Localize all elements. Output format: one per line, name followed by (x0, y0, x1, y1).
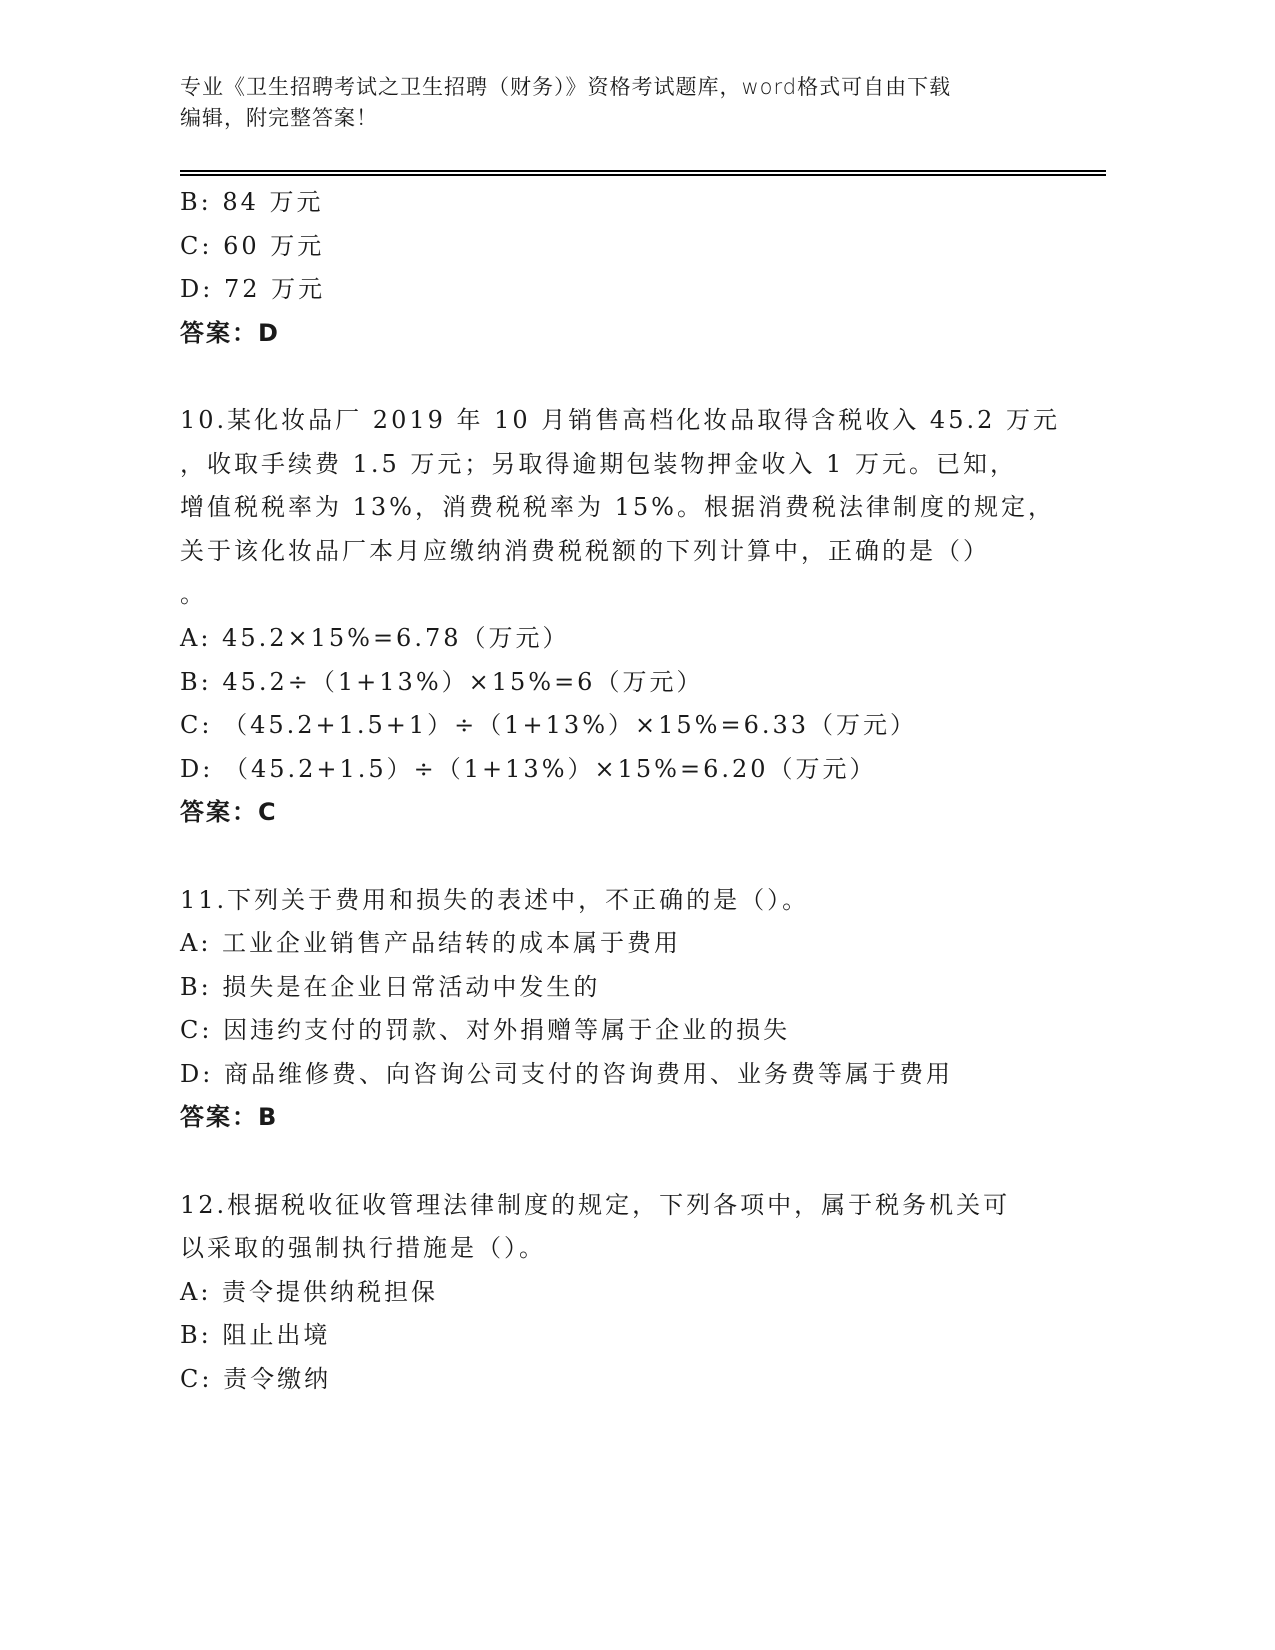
question-9-tail: B: 84 万元 C: 60 万元 D: 72 万元 答案：D (180, 181, 1040, 355)
header-line-2: 编辑，附完整答案！ (180, 103, 1040, 134)
question-list: B: 84 万元 C: 60 万元 D: 72 万元 答案：D 10.某化妆品厂… (180, 181, 1040, 1402)
option-a: A: 工业企业销售产品结转的成本属于费用 (180, 922, 1040, 966)
option-c: C: 60 万元 (180, 225, 1040, 269)
option-d: D: （45.2+1.5）÷（1+13%）×15%=6.20（万元） (180, 748, 1040, 792)
option-c: C: 责令缴纳 (180, 1358, 1040, 1402)
question-stem: 增值税税率为 13%，消费税税率为 15%。根据消费税法律制度的规定， (180, 486, 1040, 530)
answer: 答案：C (180, 791, 1040, 835)
option-b: B: 45.2÷（1+13%）×15%=6（万元） (180, 661, 1040, 705)
question-stem: ，收取手续费 1.5 万元；另取得逾期包装物押金收入 1 万元。已知， (180, 443, 1040, 487)
question-12: 12.根据税收征收管理法律制度的规定，下列各项中，属于税务机关可 以采取的强制执… (180, 1184, 1040, 1402)
option-a: A: 45.2×15%=6.78（万元） (180, 617, 1040, 661)
option-b: B: 损失是在企业日常活动中发生的 (180, 966, 1040, 1010)
option-b: B: 84 万元 (180, 181, 1040, 225)
question-10: 10.某化妆品厂 2019 年 10 月销售高档化妆品取得含税收入 45.2 万… (180, 399, 1040, 835)
question-stem: 10.某化妆品厂 2019 年 10 月销售高档化妆品取得含税收入 45.2 万… (180, 399, 1040, 443)
answer: 答案：B (180, 1096, 1040, 1140)
question-stem: 12.根据税收征收管理法律制度的规定，下列各项中，属于税务机关可 (180, 1184, 1040, 1228)
question-11: 11.下列关于费用和损失的表述中，不正确的是（）。 A: 工业企业销售产品结转的… (180, 879, 1040, 1141)
header-line-1: 专业《卫生招聘考试之卫生招聘（财务）》资格考试题库，word格式可自由下载 (180, 72, 1040, 103)
spacer (180, 1140, 1040, 1184)
spacer (180, 835, 1040, 879)
option-d: D: 72 万元 (180, 268, 1040, 312)
question-stem: 11.下列关于费用和损失的表述中，不正确的是（）。 (180, 879, 1040, 923)
header-divider (180, 170, 1106, 176)
spacer (180, 355, 1040, 399)
option-d: D: 商品维修费、向咨询公司支付的咨询费用、业务费等属于费用 (180, 1053, 1040, 1097)
option-b: B: 阻止出境 (180, 1314, 1040, 1358)
option-c: C: （45.2+1.5+1）÷（1+13%）×15%=6.33（万元） (180, 704, 1040, 748)
option-c: C: 因违约支付的罚款、对外捐赠等属于企业的损失 (180, 1009, 1040, 1053)
question-stem: 关于该化妆品厂本月应缴纳消费税税额的下列计算中，正确的是（） (180, 530, 1040, 574)
question-stem: 以采取的强制执行措施是（）。 (180, 1227, 1040, 1271)
answer: 答案：D (180, 312, 1040, 356)
option-a: A: 责令提供纳税担保 (180, 1271, 1040, 1315)
document-header: 专业《卫生招聘考试之卫生招聘（财务）》资格考试题库，word格式可自由下载 编辑… (180, 72, 1040, 134)
question-stem: 。 (180, 573, 1040, 617)
